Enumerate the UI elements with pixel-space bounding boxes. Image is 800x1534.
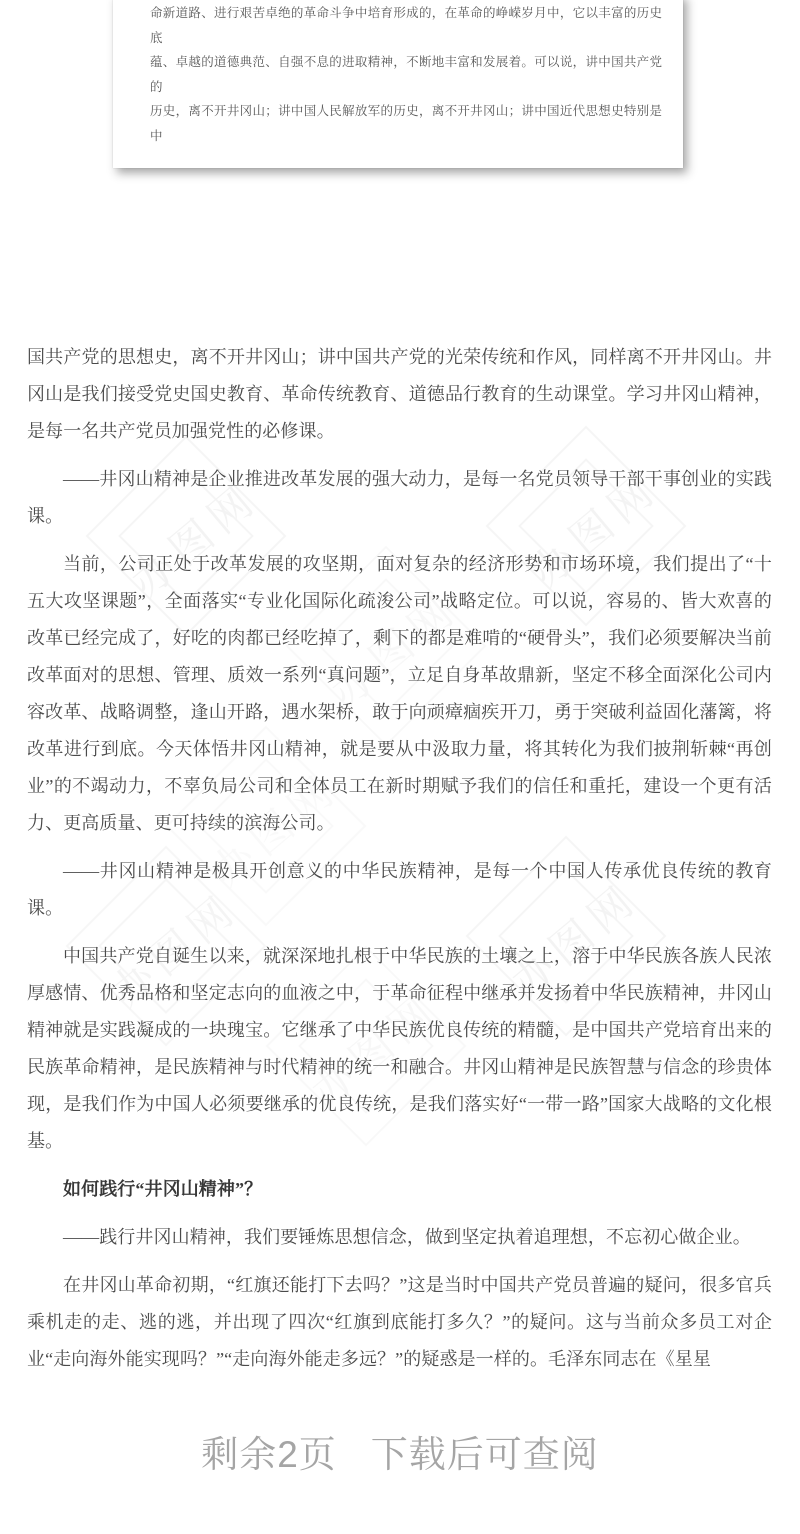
remaining-pages-notice: 剩余2页下载后可查阅 (0, 1433, 800, 1477)
paragraph: 在井冈山革命初期，“红旗还能打下去吗？”这是当时中国共产党员普遍的疑问，很多官兵… (27, 1267, 772, 1378)
paragraph: ——井冈山精神是企业推进改革发展的强大动力，是每一名党员领导干部干事创业的实践课… (27, 461, 772, 535)
download-hint: 下载后可查阅 (371, 1434, 599, 1475)
paragraph: ——践行井冈山精神，我们要锤炼思想信念，做到坚定执着追理想，不忘初心做企业。 (27, 1219, 772, 1256)
paragraph: ——井冈山精神是极具开创意义的中华民族精神，是每一个中国人传承优良传统的教育课。 (27, 853, 772, 927)
paragraph: 当前，公司正处于改革发展的攻坚期，面对复杂的经济形势和市场环境，我们提出了“十五… (27, 546, 772, 842)
page1-preview-card: 命新道路、进行艰苦卓绝的革命斗争中培育形成的，在革命的峥嵘岁月中，它以丰富的历史… (113, 0, 683, 168)
paragraph: 中国共产党自诞生以来，就深深地扎根于中华民族的土壤之上，溶于中华民族各族人民浓厚… (27, 938, 772, 1160)
remaining-pages-count: 剩余2页 (201, 1434, 337, 1475)
preview-line: 历史，离不开井冈山；讲中国人民解放军的历史，离不开井冈山；讲中国近代思想史特别是… (150, 99, 662, 148)
paragraph: 国共产党的思想史，离不开井冈山；讲中国共产党的光荣传统和作风，同样离不开井冈山。… (27, 339, 772, 450)
section-heading: 如何践行“井冈山精神”？ (27, 1171, 772, 1208)
preview-line: 命新道路、进行艰苦卓绝的革命斗争中培育形成的，在革命的峥嵘岁月中，它以丰富的历史… (150, 1, 662, 50)
page2-text-block: 国共产党的思想史，离不开井冈山；讲中国共产党的光荣传统和作风，同样离不开井冈山。… (27, 339, 772, 1378)
preview-line: 蕴、卓越的道德典范、自强不息的进取精神，不断地丰富和发展着。可以说，讲中国共产党… (150, 50, 662, 99)
document-preview-page: 命新道路、进行艰苦卓绝的革命斗争中培育形成的，在革命的峥嵘岁月中，它以丰富的历史… (0, 0, 800, 1534)
